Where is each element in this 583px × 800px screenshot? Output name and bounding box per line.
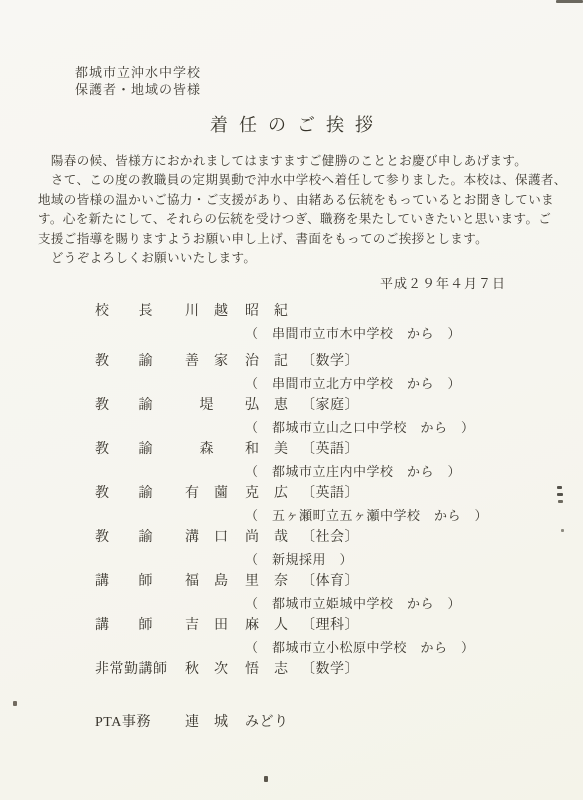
scan-artifact — [13, 701, 17, 706]
given-name: 里 奈 — [245, 571, 301, 593]
staff-entry: 教 諭 溝 口 尚 哉 〔社会〕 （ 新規採用 ） — [95, 527, 583, 571]
scan-artifact — [561, 529, 564, 532]
staff-entry: 教 諭 堤 弘 恵 〔家庭〕 （ 都城市立山之口中学校 から ） — [95, 395, 583, 439]
surname: 善 家 — [185, 351, 245, 373]
staff-entry: 講 師 吉 田 麻 人 〔理科〕 （ 都城市立小松原中学校 から ） — [95, 615, 583, 659]
role-label: 非常勤講師 — [95, 659, 185, 681]
recipient-line: 保護者・地域の皆様 — [75, 81, 583, 98]
origin-line: （ 新規採用 ） — [245, 549, 583, 571]
origin-line: （ 都城市立庄内中学校 から ） — [245, 461, 583, 483]
origin-line: （ 五ヶ瀬町立五ヶ瀬中学校 から ） — [245, 505, 583, 527]
scanned-letter-page: { "letter": { "sender_school": "都城市立沖水中学… — [0, 0, 583, 800]
subject-tag: 〔社会〕 — [301, 527, 359, 549]
scan-artifact — [557, 493, 563, 496]
scan-artifact — [558, 500, 563, 503]
subject-tag: 〔家庭〕 — [301, 395, 359, 417]
scan-artifact — [264, 776, 268, 782]
role-label: 校 長 — [95, 301, 185, 323]
given-name: 治 記 — [245, 351, 301, 373]
origin-line: （ 都城市立小松原中学校 から ） — [245, 637, 583, 659]
surname: 森 — [185, 439, 245, 461]
given-name: 昭 紀 — [245, 301, 301, 323]
body-line: 地域の皆様の温かいご協力・ご支援があり、由緒ある伝統をもっているとお聞きしていま — [38, 191, 566, 210]
staff-entry: PTA事務 連 城 みどり — [95, 712, 583, 756]
sender-block: 都城市立沖水中学校 保護者・地域の皆様 — [0, 0, 583, 98]
staff-list: 校 長 川 越 昭 紀 （ 串間市立市木中学校 から ） 教 諭 善 家 治 記… — [0, 301, 583, 756]
surname: 溝 口 — [185, 527, 245, 549]
subject-tag: 〔英語〕 — [301, 439, 359, 461]
role-label: 教 諭 — [95, 483, 185, 505]
given-name: 麻 人 — [245, 615, 301, 637]
origin-line — [245, 734, 583, 756]
body-line: 支援ご指導を賜りますようお願い申し上げ、書面をもってのご挨拶とします。 — [38, 230, 566, 249]
page-title: 着任のご挨拶 — [0, 111, 583, 137]
staff-entry: 教 諭 有 薗 克 広 〔英語〕 （ 五ヶ瀬町立五ヶ瀬中学校 から ） — [95, 483, 583, 527]
given-name: 和 美 — [245, 439, 301, 461]
letter-body: 陽春の候、皆様方におかれましてはますますご健勝のこととお慶び申しあげます。 さて… — [38, 152, 566, 268]
origin-line: （ 都城市立山之口中学校 から ） — [245, 417, 583, 439]
sender-school: 都城市立沖水中学校 — [75, 64, 583, 81]
date-line: 平成２９年４月７日 — [380, 273, 583, 292]
surname: 連 城 — [185, 712, 245, 734]
staff-entry: 非常勤講師 秋 次 悟 志 〔数学〕 — [95, 659, 583, 703]
origin-line — [245, 681, 583, 703]
scan-artifact — [556, 0, 583, 3]
role-label: 教 諭 — [95, 439, 185, 461]
surname: 吉 田 — [185, 615, 245, 637]
given-name: 克 広 — [245, 483, 301, 505]
subject-tag: 〔体育〕 — [301, 571, 359, 593]
surname: 有 薗 — [185, 483, 245, 505]
surname: 福 島 — [185, 571, 245, 593]
scan-artifact — [557, 486, 562, 489]
staff-entry: 講 師 福 島 里 奈 〔体育〕 （ 都城市立姫城中学校 から ） — [95, 571, 583, 615]
body-line: どうぞよろしくお願いいたします。 — [38, 249, 566, 268]
surname: 川 越 — [185, 301, 245, 323]
origin-line: （ 串間市立北方中学校 から ） — [245, 373, 583, 395]
subject-tag: 〔理科〕 — [301, 615, 359, 637]
body-line: す。心を新たにして、それらの伝統を受けつぎ、職務を果たしていきたいと思います。ご — [38, 210, 566, 229]
role-label: PTA事務 — [95, 712, 185, 734]
role-label: 教 諭 — [95, 527, 185, 549]
staff-entry: 校 長 川 越 昭 紀 （ 串間市立市木中学校 から ） — [95, 301, 583, 345]
surname: 秋 次 — [185, 659, 245, 681]
given-name: 尚 哉 — [245, 527, 301, 549]
staff-entry: 教 諭 善 家 治 記 〔数学〕 （ 串間市立北方中学校 から ） — [95, 351, 583, 395]
body-line: 陽春の候、皆様方におかれましてはますますご健勝のこととお慶び申しあげます。 — [38, 152, 566, 171]
role-label: 教 諭 — [95, 395, 185, 417]
surname: 堤 — [185, 395, 245, 417]
origin-line: （ 都城市立姫城中学校 から ） — [245, 593, 583, 615]
subject-tag: 〔英語〕 — [301, 483, 359, 505]
given-name: 悟 志 — [245, 659, 301, 681]
role-label: 教 諭 — [95, 351, 185, 373]
body-line: さて、この度の教職員の定期異動で沖水中学校へ着任して参りました。本校は、保護者、 — [38, 171, 566, 190]
subject-tag: 〔数学〕 — [301, 659, 359, 681]
given-name: みどり — [245, 712, 301, 734]
role-label: 講 師 — [95, 615, 185, 637]
role-label: 講 師 — [95, 571, 185, 593]
staff-entry: 教 諭 森 和 美 〔英語〕 （ 都城市立庄内中学校 から ） — [95, 439, 583, 483]
subject-tag: 〔数学〕 — [301, 351, 359, 373]
given-name: 弘 恵 — [245, 395, 301, 417]
origin-line: （ 串間市立市木中学校 から ） — [245, 323, 583, 345]
